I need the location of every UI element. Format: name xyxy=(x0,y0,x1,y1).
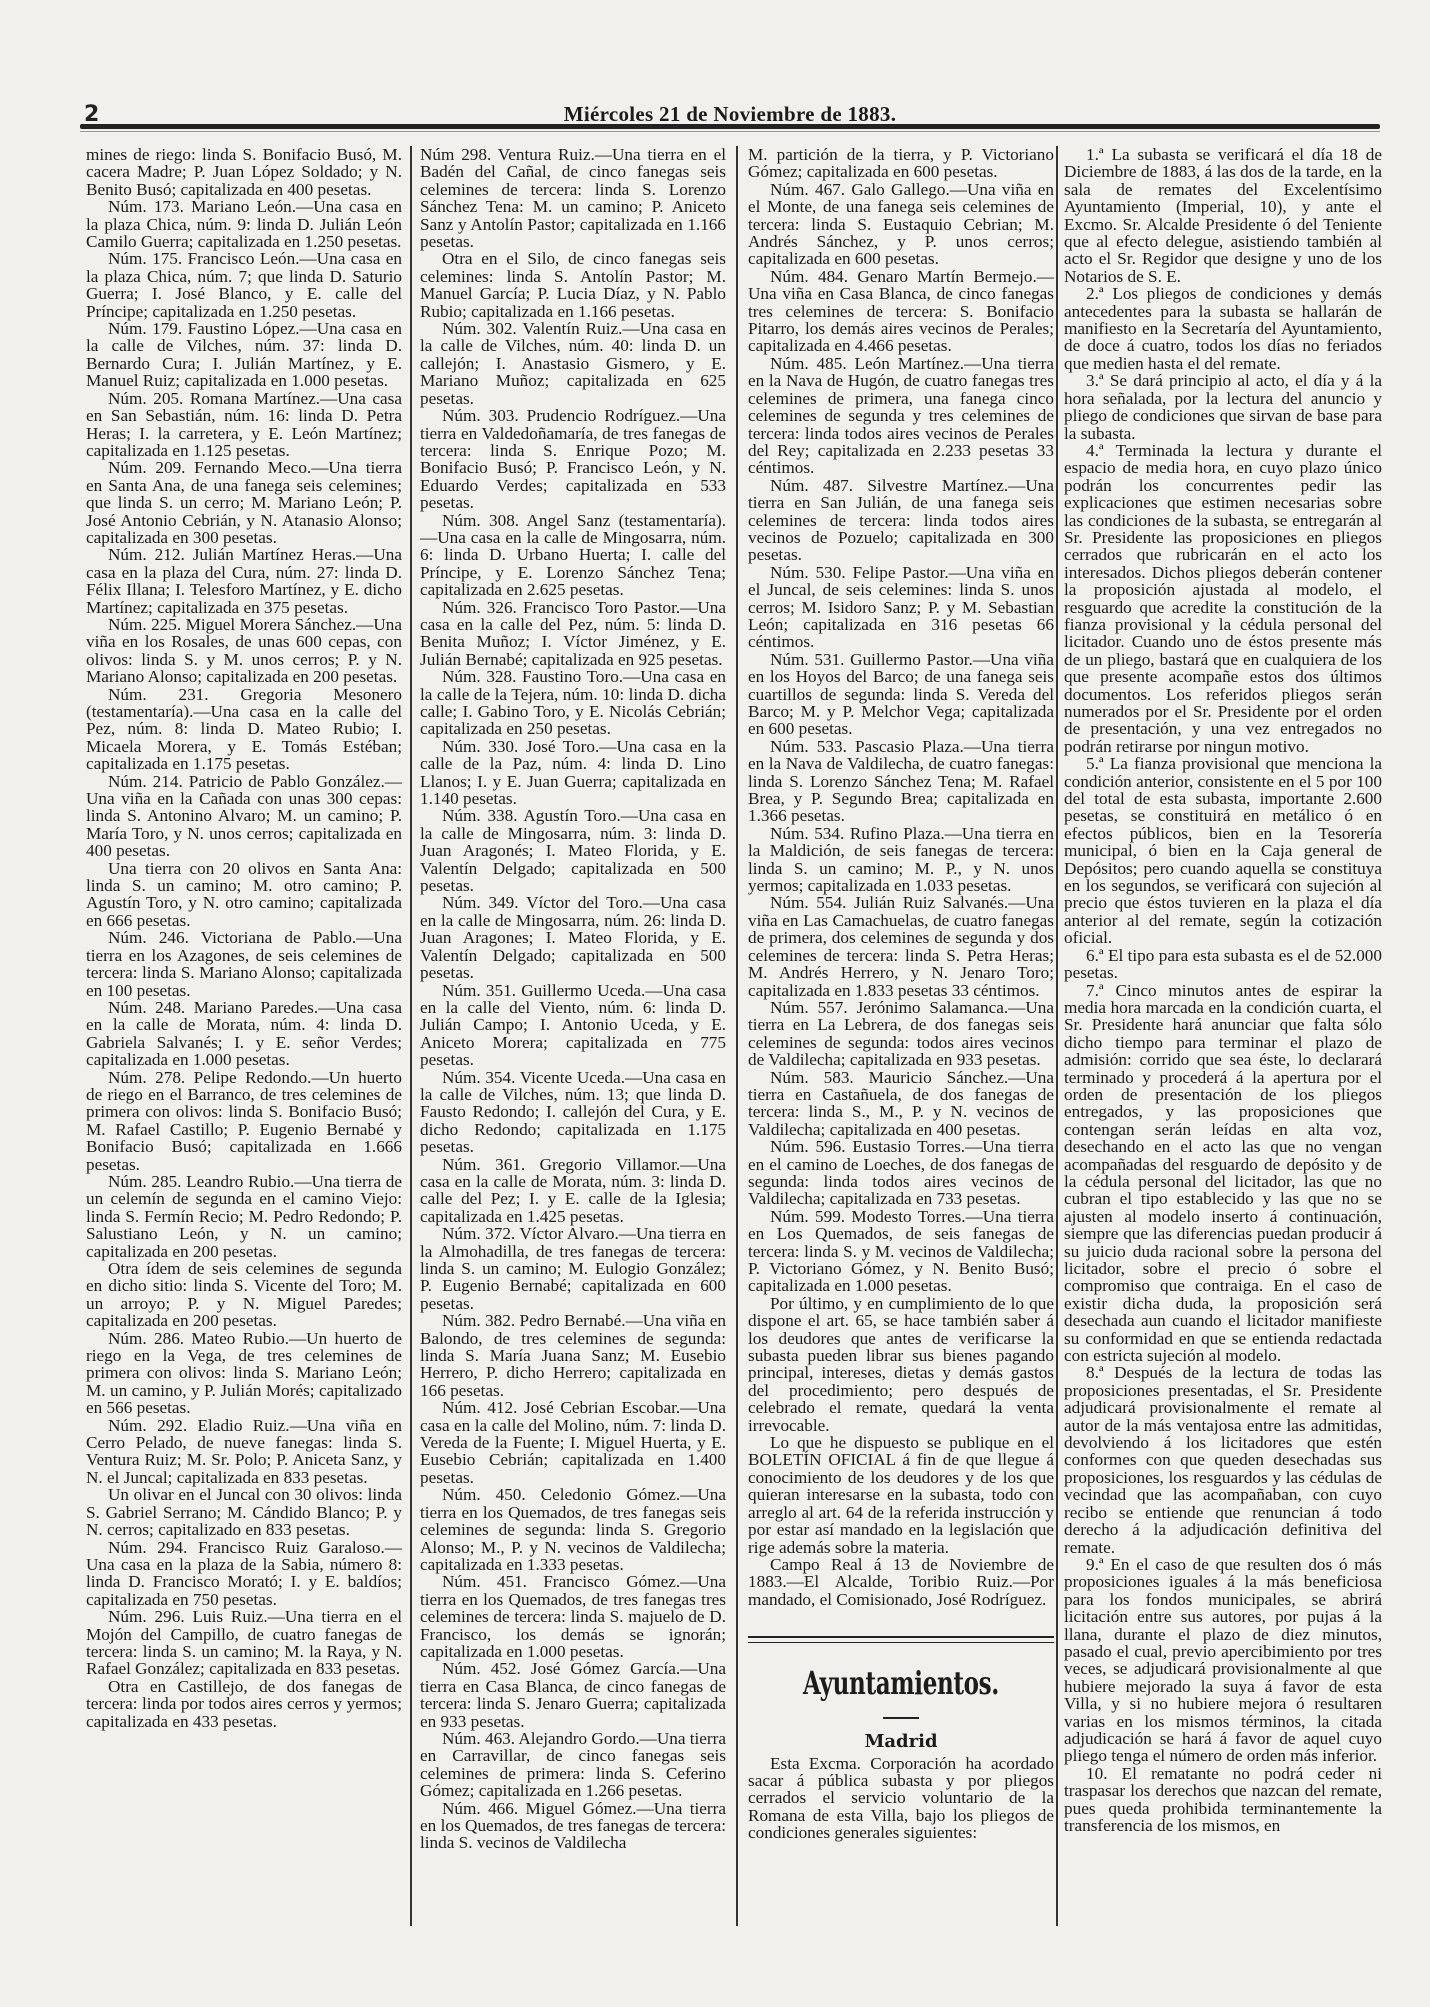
paragraph: Núm. 382. Pedro Bernabé.—Una viña en Bal… xyxy=(420,1312,726,1399)
paragraph: Un olivar en el Juncal con 30 olivos: li… xyxy=(86,1486,402,1538)
paragraph: Núm. 296. Luis Ruiz.—Una tierra en el Mo… xyxy=(86,1608,402,1678)
paragraph: Núm. 533. Pascasio Plaza.—Una tierra en … xyxy=(748,738,1054,825)
paragraph: 7.ª Cinco minutos antes de espirar la me… xyxy=(1064,982,1382,1365)
paragraph: Una tierra con 20 olivos en Santa Ana: l… xyxy=(86,860,402,930)
paragraph: Núm. 175. Francisco León.—Una casa en la… xyxy=(86,250,402,320)
paragraph: Esta Excma. Corporación ha acordado saca… xyxy=(748,1755,1054,1842)
paragraph: Otra ídem de seis celemines de segunda e… xyxy=(86,1260,402,1330)
paragraph: Núm. 466. Miguel Gómez.—Una tierra en lo… xyxy=(420,1800,726,1852)
paragraph: Núm. 450. Celedonio Gómez.—Una tierra en… xyxy=(420,1486,726,1573)
paragraph: Núm. 351. Guillermo Uceda.—Una casa en l… xyxy=(420,982,726,1069)
paragraph: Núm. 599. Modesto Torres.—Una tierra en … xyxy=(748,1208,1054,1295)
paragraph: Núm. 531. Guillermo Pastor.—Una viña en … xyxy=(748,651,1054,738)
paragraph: 1.ª La subasta se verificará el día 18 d… xyxy=(1064,146,1382,285)
paragraph: Núm. 205. Romana Martínez.—Una casa en S… xyxy=(86,390,402,460)
column-divider xyxy=(410,146,412,1926)
newspaper-page: 2 Miércoles 21 de Noviembre de 1883. min… xyxy=(0,0,1430,2007)
column-2: Núm 298. Ventura Ruiz.—Una tierra en el … xyxy=(420,146,726,1852)
paragraph: Núm. 330. José Toro.—Una casa en la call… xyxy=(420,738,726,808)
subsection-title: Madrid xyxy=(748,1733,1054,1750)
column-3-body: M. partición de la tierra, y P. Victoria… xyxy=(748,146,1054,1608)
paragraph: Núm. 485. León Martínez.—Una tierra en l… xyxy=(748,355,1054,477)
paragraph: 5.ª La fianza provisional que menciona l… xyxy=(1064,755,1382,946)
paragraph: Núm. 214. Patricio de Pablo González.—Un… xyxy=(86,773,402,860)
paragraph: Núm. 328. Faustino Toro.—Una casa en la … xyxy=(420,668,726,738)
paragraph: Núm. 451. Francisco Gómez.—Una tierra en… xyxy=(420,1573,726,1660)
paragraph: Núm. 302. Valentín Ruiz.—Una casa en la … xyxy=(420,320,726,407)
paragraph: Núm. 349. Víctor del Toro.—Una casa en l… xyxy=(420,894,726,981)
paragraph: Núm. 292. Eladio Ruiz.—Una viña en Cerro… xyxy=(86,1417,402,1487)
paragraph: 3.ª Se dará principio al acto, el día y … xyxy=(1064,372,1382,442)
column-divider xyxy=(736,146,738,1926)
paragraph: Núm. 303. Prudencio Rodríguez.—Una tierr… xyxy=(420,407,726,511)
paragraph: Otra en el Silo, de cinco fanegas seis c… xyxy=(420,250,726,320)
paragraph: Núm. 487. Silvestre Martínez.—Una tierra… xyxy=(748,477,1054,564)
paragraph: Núm. 484. Genaro Martín Bermejo.—Una viñ… xyxy=(748,268,1054,355)
paragraph: Núm. 294. Francisco Ruiz Garaloso.—Una c… xyxy=(86,1539,402,1609)
paragraph: Lo que he dispuesto se publique en el BO… xyxy=(748,1434,1054,1556)
paragraph: Núm. 530. Felipe Pastor.—Una viña en el … xyxy=(748,564,1054,651)
section-dash xyxy=(883,1717,919,1719)
paragraph: Por último, y en cumplimiento de lo que … xyxy=(748,1295,1054,1434)
paragraph: Núm. 173. Mariano León.—Una casa en la p… xyxy=(86,198,402,250)
paragraph: Núm. 212. Julián Martínez Heras.—Una cas… xyxy=(86,546,402,616)
paragraph: 4.ª Terminada la lectura y durante el es… xyxy=(1064,442,1382,755)
paragraph: Núm. 285. Leandro Rubio.—Una tierra de u… xyxy=(86,1173,402,1260)
paragraph: 8.ª Después de la lectura de todas las p… xyxy=(1064,1364,1382,1555)
paragraph: Núm. 534. Rufino Plaza.—Una tierra en la… xyxy=(748,825,1054,895)
paragraph: 10. El rematante no podrá ceder ni trasp… xyxy=(1064,1765,1382,1835)
paragraph: Núm. 452. José Gómez García.—Una tierra … xyxy=(420,1660,726,1730)
paragraph: Núm. 231. Gregoria Mesonero (testamentar… xyxy=(86,686,402,773)
paragraph: Núm. 179. Faustino López.—Una casa en la… xyxy=(86,320,402,390)
column-divider xyxy=(1056,146,1058,1926)
paragraph: Núm. 354. Vicente Uceda.—Una casa en la … xyxy=(420,1069,726,1156)
section-body: Esta Excma. Corporación ha acordado saca… xyxy=(748,1755,1054,1842)
paragraph: 9.ª En el caso de que resulten dos ó más… xyxy=(1064,1556,1382,1765)
header-rule xyxy=(80,124,1380,129)
paragraph: Núm. 278. Pelipe Redondo.—Un huerto de r… xyxy=(86,1069,402,1173)
paragraph: Núm. 286. Mateo Rubio.—Un huerto de rieg… xyxy=(86,1330,402,1417)
paragraph: Núm. 338. Agustín Toro.—Una casa en la c… xyxy=(420,807,726,894)
paragraph: Núm 298. Ventura Ruiz.—Una tierra en el … xyxy=(420,146,726,250)
paragraph: Núm. 596. Eustasio Torres.—Una tierra en… xyxy=(748,1138,1054,1208)
header-rule-thin xyxy=(80,131,1380,132)
paragraph: Núm. 308. Angel Sanz (testamentaría).—Un… xyxy=(420,512,726,599)
paragraph: Otra en Castillejo, de dos fanegas de te… xyxy=(86,1678,402,1730)
column-3: M. partición de la tierra, y P. Victoria… xyxy=(748,146,1054,1842)
paragraph: Núm. 554. Julián Ruiz Salvanés.—Una viña… xyxy=(748,894,1054,998)
paragraph: 6.ª El tipo para esta subasta es el de 5… xyxy=(1064,947,1382,982)
paragraph: Núm. 467. Galo Gallego.—Una viña en el M… xyxy=(748,181,1054,268)
column-1: mines de riego: linda S. Bonifacio Busó,… xyxy=(86,146,402,1730)
column-4: 1.ª La subasta se verificará el día 18 d… xyxy=(1064,146,1382,1834)
paragraph: Núm. 372. Víctor Alvaro.—Una tierra en l… xyxy=(420,1225,726,1312)
paragraph: Núm. 583. Mauricio Sánchez.—Una tierra e… xyxy=(748,1069,1054,1139)
paragraph: Núm. 248. Mariano Paredes.—Una casa en l… xyxy=(86,999,402,1069)
paragraph: Núm. 361. Gregorio Villamor.—Una casa en… xyxy=(420,1156,726,1226)
paragraph: Campo Real á 13 de Noviembre de 1883.—El… xyxy=(748,1556,1054,1608)
paragraph: M. partición de la tierra, y P. Victoria… xyxy=(748,146,1054,181)
paragraph: Núm. 412. José Cebrian Escobar.—Una casa… xyxy=(420,1399,726,1486)
paragraph: 2.ª Los pliegos de condiciones y demás a… xyxy=(1064,285,1382,372)
paragraph: Núm. 557. Jerónimo Salamanca.—Una tierra… xyxy=(748,999,1054,1069)
paragraph: Núm. 209. Fernando Meco.—Una tierra en S… xyxy=(86,459,402,546)
paragraph: Núm. 246. Victoriana de Pablo.—Una tierr… xyxy=(86,929,402,999)
section-title: Ayuntamientos. xyxy=(791,1665,1011,1701)
paragraph: Núm. 326. Francisco Toro Pastor.—Una cas… xyxy=(420,599,726,669)
paragraph: mines de riego: linda S. Bonifacio Busó,… xyxy=(86,146,402,198)
paragraph: Núm. 463. Alejandro Gordo.—Una tierra en… xyxy=(420,1730,726,1800)
paragraph: Núm. 225. Miguel Morera Sánchez.—Una viñ… xyxy=(86,616,402,686)
section-divider xyxy=(748,1636,1054,1643)
